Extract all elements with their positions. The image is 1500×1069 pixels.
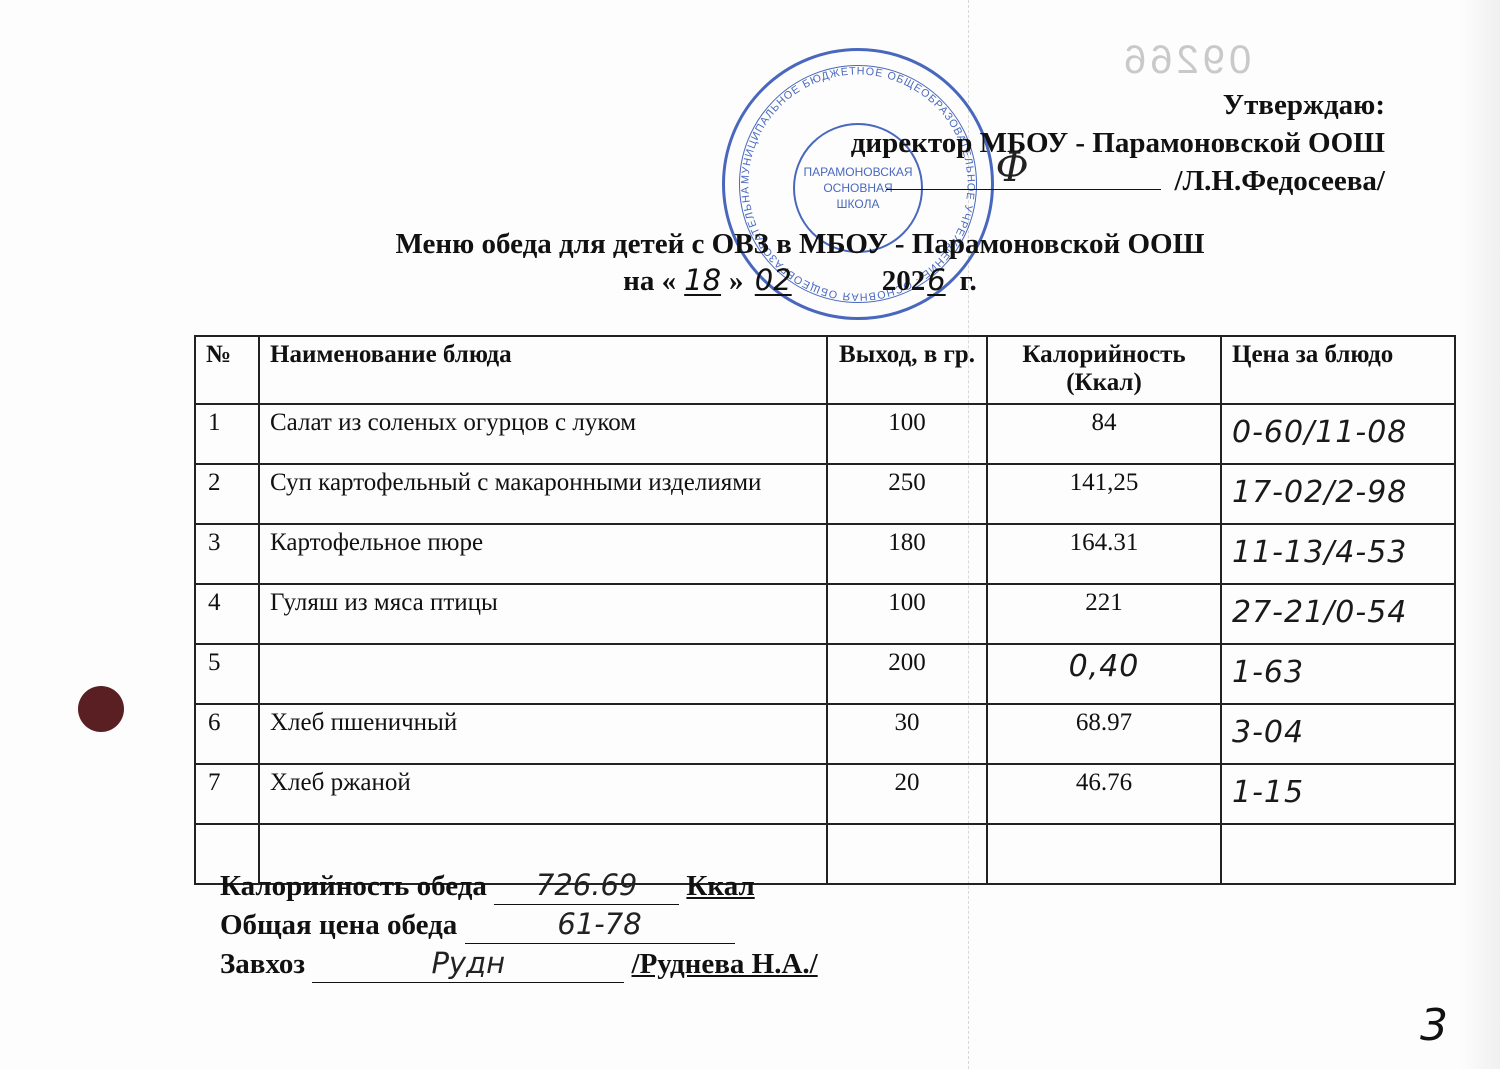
director-signature: Ф [996, 149, 1029, 187]
cell-number: 7 [195, 764, 259, 824]
cell-price: 1-15 [1221, 764, 1455, 824]
manager-name: /Руднева Н.А./ [632, 948, 818, 980]
menu-table: № Наименование блюда Выход, в гр. Калори… [194, 335, 1456, 885]
cell-output: 100 [827, 584, 987, 644]
page-number: 3 [1420, 1000, 1448, 1051]
cell-calories [987, 824, 1221, 884]
approval-position: директор МБОУ - Парамоновской ООШ [851, 124, 1385, 162]
cell-price: 11-13/4-53 [1221, 524, 1455, 584]
page-edge [1460, 0, 1500, 1069]
manager-row: Завхоз Рудн /Руднева Н.А./ [220, 944, 818, 983]
document-date: на «18» 022026г. [0, 262, 1500, 299]
cell-number: 6 [195, 704, 259, 764]
manager-label: Завхоз [220, 948, 305, 980]
date-day: 18 [676, 263, 729, 297]
cell-dish-name: Картофельное пюре [259, 524, 827, 584]
cell-dish-name: Хлеб пшеничный [259, 704, 827, 764]
table-row: 2Суп картофельный с макаронными изделиям… [195, 464, 1455, 524]
cell-dish-name: Суп картофельный с макаронными изделиями [259, 464, 827, 524]
table-row: 3Картофельное пюре180164.3111-13/4-53 [195, 524, 1455, 584]
cell-calories: 68.97 [987, 704, 1221, 764]
table-header-row: № Наименование блюда Выход, в гр. Калори… [195, 336, 1455, 404]
date-year-suffix: 6 [925, 263, 959, 297]
cell-calories: 46.76 [987, 764, 1221, 824]
cell-price: 17-02/2-98 [1221, 464, 1455, 524]
approval-signature-row: Ф /Л.Н.Федосеева/ [851, 162, 1385, 200]
director-name: /Л.Н.Федосеева/ [1175, 165, 1385, 197]
header-number: № [195, 336, 259, 404]
cell-output: 200 [827, 644, 987, 704]
cell-number: 2 [195, 464, 259, 524]
price-total-label: Общая цена обеда [220, 909, 457, 941]
calories-total-value: 726.69 [494, 866, 679, 905]
cell-price: 27-21/0-54 [1221, 584, 1455, 644]
table-row: 4Гуляш из мяса птицы10022127-21/0-54 [195, 584, 1455, 644]
cell-calories: 0,40 [987, 644, 1221, 704]
price-total-value: 61-78 [465, 905, 735, 944]
cell-dish-name: Гуляш из мяса птицы [259, 584, 827, 644]
table-row: 1Салат из соленых огурцов с луком100840-… [195, 404, 1455, 464]
header-output: Выход, в гр. [827, 336, 987, 404]
cell-calories: 141,25 [987, 464, 1221, 524]
cell-dish-name: Салат из соленых огурцов с луком [259, 404, 827, 464]
document-title: Меню обеда для детей с ОВЗ в МБОУ - Пара… [0, 226, 1500, 262]
bleed-through-number: 09266 [1120, 38, 1251, 83]
cell-output: 20 [827, 764, 987, 824]
cell-number: 5 [195, 644, 259, 704]
cell-price: 3-04 [1221, 704, 1455, 764]
cell-output: 30 [827, 704, 987, 764]
approval-block: Утверждаю: директор МБОУ - Парамоновской… [851, 86, 1385, 200]
director-signature-line: Ф [886, 163, 1161, 190]
cell-output: 250 [827, 464, 987, 524]
cell-number: 1 [195, 404, 259, 464]
table-row: 6Хлеб пшеничный3068.973-04 [195, 704, 1455, 764]
summary-block: Калорийность обеда 726.69 Ккал Общая цен… [220, 866, 818, 983]
cell-output [827, 824, 987, 884]
calories-total-row: Калорийность обеда 726.69 Ккал [220, 866, 818, 905]
cell-price [1221, 824, 1455, 884]
cell-calories: 84 [987, 404, 1221, 464]
punch-dot-mark [78, 686, 124, 732]
calories-unit: Ккал [686, 870, 754, 902]
table-row: 52000,401-63 [195, 644, 1455, 704]
calories-total-label: Калорийность обеда [220, 870, 487, 902]
cell-calories: 221 [987, 584, 1221, 644]
cell-dish-name: Хлеб ржаной [259, 764, 827, 824]
cell-price: 1-63 [1221, 644, 1455, 704]
manager-signature: Рудн [312, 944, 624, 983]
header-calories: Калорийность (Ккал) [987, 336, 1221, 404]
document-title-block: Меню обеда для детей с ОВЗ в МБОУ - Пара… [0, 226, 1500, 299]
cell-number: 3 [195, 524, 259, 584]
cell-calories: 164.31 [987, 524, 1221, 584]
date-month: 02 [751, 263, 882, 297]
header-dish-name: Наименование блюда [259, 336, 827, 404]
cell-output: 180 [827, 524, 987, 584]
cell-price: 0-60/11-08 [1221, 404, 1455, 464]
price-total-row: Общая цена обеда 61-78 [220, 905, 818, 944]
cell-number: 4 [195, 584, 259, 644]
cell-output: 100 [827, 404, 987, 464]
table-row: 7Хлеб ржаной2046.761-15 [195, 764, 1455, 824]
header-price: Цена за блюдо [1221, 336, 1455, 404]
cell-dish-name [259, 644, 827, 704]
approval-label: Утверждаю: [851, 86, 1385, 124]
